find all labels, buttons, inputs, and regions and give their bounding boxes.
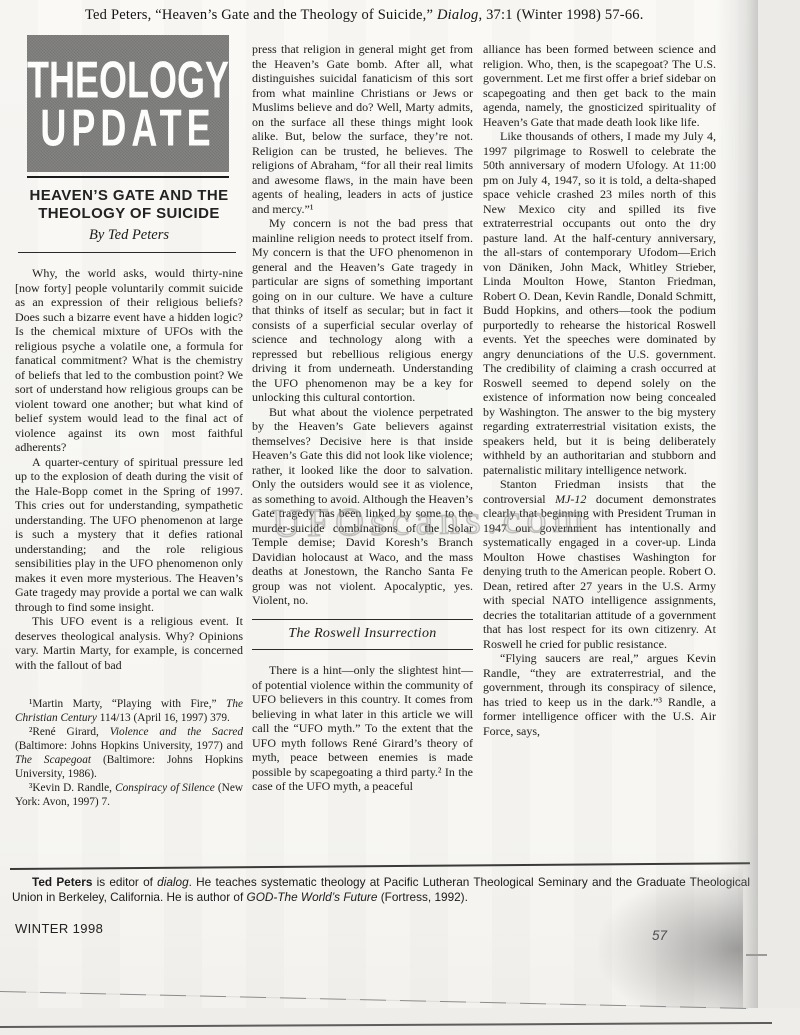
paragraph: Like thousands of others, I made my July…	[483, 129, 716, 477]
theology-update-logo: THEOLOGY UPDATE	[27, 35, 229, 172]
footnotes: ¹Martin Marty, “Playing with Fire,” The …	[15, 697, 243, 809]
header-citation: Ted Peters, “Heaven’s Gate and the Theol…	[85, 7, 755, 24]
byline-divider	[18, 252, 236, 254]
footer-issue-label: WINTER 1998	[15, 921, 103, 936]
logo-line-update: UPDATE	[40, 99, 215, 157]
scan-edge-dash	[746, 954, 767, 956]
left-column: THEOLOGY UPDATE HEAVEN’S GATE AND THE TH…	[15, 35, 243, 809]
bio-divider	[10, 862, 750, 870]
paragraph: Why, the world asks, would thirty-nine […	[15, 266, 243, 455]
paragraph: alliance has been formed between science…	[483, 42, 716, 129]
scan-page-edge-line	[0, 1022, 772, 1028]
footnote-1: ¹Martin Marty, “Playing with Fire,” The …	[15, 697, 243, 725]
footnote-3: ³Kevin D. Randle, Conspiracy of Silence …	[15, 781, 243, 809]
section-divider-top	[252, 619, 473, 621]
section-divider-bottom	[252, 649, 473, 651]
paragraph: My concern is not the bad press that mai…	[252, 216, 473, 405]
scan-artifact-line	[0, 991, 748, 1009]
paragraph: But what about the violence perpetrated …	[252, 405, 473, 608]
paragraph: A quarter-century of spiritual pressure …	[15, 455, 243, 615]
paragraph: “Flying saucers are real,” argues Kevin …	[483, 651, 716, 738]
scan-right-margin	[758, 0, 800, 1035]
paragraph: Stanton Friedman insists that the contro…	[483, 477, 716, 651]
scan-bottom-margin	[0, 1008, 800, 1035]
middle-column: press that religion in general might get…	[252, 42, 473, 794]
right-column: alliance has been formed between science…	[483, 42, 716, 738]
footer-page-number: 57	[652, 928, 667, 943]
scanned-article-page: Ted Peters, “Heaven’s Gate and the Theol…	[0, 0, 800, 1035]
byline: By Ted Peters	[15, 228, 243, 243]
section-heading-roswell-insurrection: The Roswell Insurrection	[252, 627, 473, 642]
scan-right-edge-shadow	[716, 0, 758, 1010]
logo-divider	[27, 176, 229, 178]
paragraph: press that religion in general might get…	[252, 42, 473, 216]
footnote-2: ²René Girard, Violence and the Sacred (B…	[15, 725, 243, 781]
paragraph: This UFO event is a religious event. It …	[15, 614, 243, 672]
author-bio: Ted Peters is editor of dialog. He teach…	[12, 875, 750, 905]
article-title: HEAVEN’S GATE AND THE THEOLOGY OF SUICID…	[15, 187, 243, 223]
paragraph: There is a hint—only the slightest hint—…	[252, 663, 473, 794]
